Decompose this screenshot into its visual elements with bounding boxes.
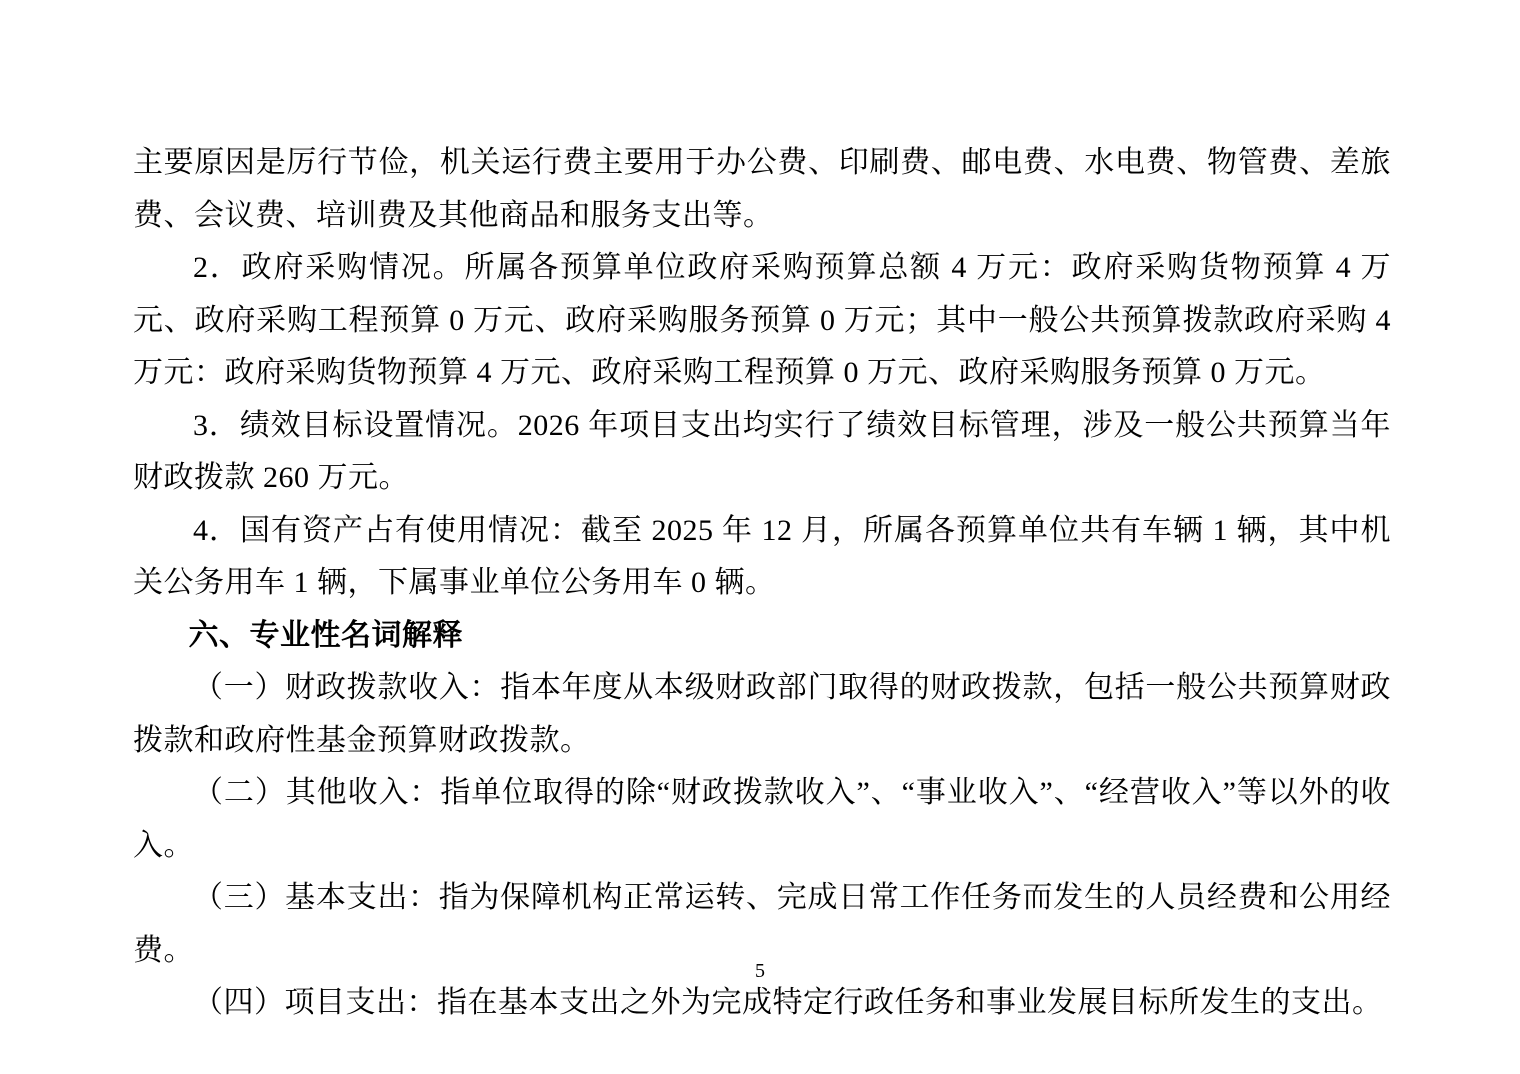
document-page: 主要原因是厉行节俭，机关运行费主要用于办公费、印刷费、邮电费、水电费、物管费、差…: [0, 0, 1520, 1074]
paragraph-performance-targets: 3．绩效目标设置情况。2026 年项目支出均实行了绩效目标管理，涉及一般公共预算…: [133, 400, 1391, 505]
paragraph-operating-expenses-continuation: 主要原因是厉行节俭，机关运行费主要用于办公费、印刷费、邮电费、水电费、物管费、差…: [133, 137, 1391, 242]
definition-fiscal-appropriation-income: （一）财政拨款收入：指本年度从本级财政部门取得的财政拨款，包括一般公共预算财政拨…: [133, 662, 1391, 767]
section-heading-terminology: 六、专业性名词解释: [133, 610, 1391, 663]
page-number: 5: [0, 958, 1520, 984]
definition-other-income: （二）其他收入：指单位取得的除“财政拨款收入”、“事业收入”、“经营收入”等以外…: [133, 767, 1391, 872]
definition-project-expenditure: （四）项目支出：指在基本支出之外为完成特定行政任务和事业发展目标所发生的支出。: [133, 977, 1391, 1030]
paragraph-state-assets: 4．国有资产占有使用情况：截至 2025 年 12 月，所属各预算单位共有车辆 …: [133, 505, 1391, 610]
paragraph-government-procurement: 2．政府采购情况。所属各预算单位政府采购预算总额 4 万元：政府采购货物预算 4…: [133, 242, 1391, 400]
document-body: 主要原因是厉行节俭，机关运行费主要用于办公费、印刷费、邮电费、水电费、物管费、差…: [133, 137, 1391, 1030]
